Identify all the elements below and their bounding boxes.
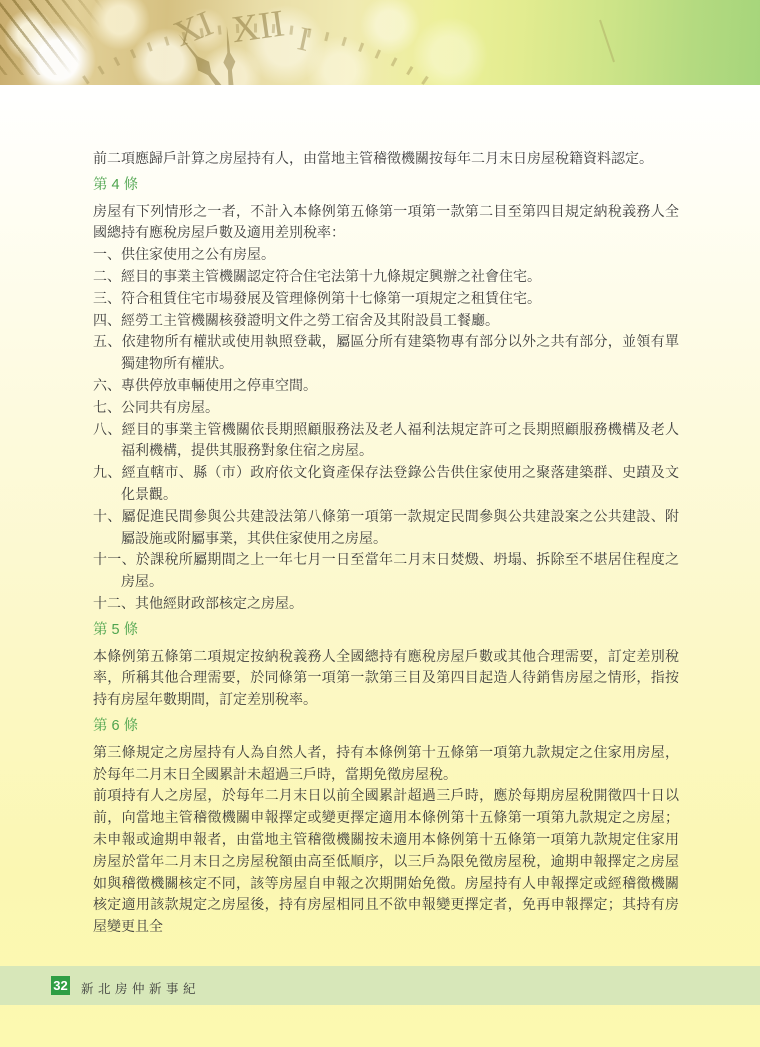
- header-banner: XI XII I: [0, 0, 760, 85]
- article-heading: 第 5 條: [93, 620, 679, 642]
- legal-text-column: 前二項應歸戶計算之房屋持有人，由當地主管稽徵機關按每年二月末日房屋稅籍資料認定。…: [93, 148, 679, 938]
- list-item: 一、供住家使用之公有房屋。: [93, 244, 679, 266]
- paragraph: 本條例第五條第二項規定按納稅義務人全國總持有應稅房屋戶數或其他合理需要，訂定差別…: [93, 646, 679, 711]
- paragraph: 前二項應歸戶計算之房屋持有人，由當地主管稽徵機關按每年二月末日房屋稅籍資料認定。: [93, 148, 679, 170]
- paragraph: 第三條規定之房屋持有人為自然人者，持有本條例第十五條第一項第九款規定之住家用房屋…: [93, 742, 679, 786]
- clock-numeral-xii: XII: [229, 2, 287, 51]
- list-item: 九、經直轄市、縣（市）政府依文化資產保存法登錄公告供住家使用之聚落建築群、史蹟及…: [93, 462, 679, 506]
- list-item: 十二、其他經財政部核定之房屋。: [93, 593, 679, 615]
- footer-band: 32 新北房仲新事紀: [0, 966, 760, 1005]
- list-item: 四、經勞工主管機關核發證明文件之勞工宿舍及其附設員工餐廳。: [93, 310, 679, 332]
- clock-second-hand: [600, 20, 614, 62]
- list-item: 三、符合租賃住宅市場發展及管理條例第十七條第一項規定之租賃住宅。: [93, 288, 679, 310]
- article-heading: 第 6 條: [93, 716, 679, 738]
- list-item: 七、公同共有房屋。: [93, 397, 679, 419]
- list-item: 八、經目的事業主管機關依長期照顧服務法及老人福利法規定許可之長期照顧服務機構及老…: [93, 419, 679, 463]
- clock-numeral-i: I: [294, 20, 313, 59]
- list-item: 二、經目的事業主管機關認定符合住宅法第十九條規定興辦之社會住宅。: [93, 266, 679, 288]
- list-item: 六、專供停放車輛使用之停車空間。: [93, 375, 679, 397]
- article-heading: 第 4 條: [93, 175, 679, 197]
- paragraph: 前項持有人之房屋，於每年二月末日以前全國累計超過三戶時，應於每期房屋稅開徵四十日…: [93, 785, 679, 938]
- clock-decoration: XI XII I: [0, 0, 760, 85]
- list-item: 十一、於課稅所屬期間之上一年七月一日至當年二月末日焚燬、坍塌、拆除至不堪居住程度…: [93, 549, 679, 593]
- book-title: 新北房仲新事紀: [81, 979, 200, 997]
- list-item: 十、屬促進民間參與公共建設法第八條第一項第一款規定民間參與公共建設案之公共建設、…: [93, 506, 679, 550]
- clock-numeral-xi: XI: [168, 3, 218, 54]
- document-page: XI XII I 前二項應歸戶計算之房屋持有人，由當地主管稽徵機關按每年二月末日…: [0, 0, 760, 1047]
- list-item: 五、依建物所有權狀或使用執照登載，屬區分所有建築物專有部分以外之共有部分，並領有…: [93, 331, 679, 375]
- page-number-badge: 32: [51, 976, 70, 995]
- paragraph: 房屋有下列情形之一者，不計入本條例第五條第一項第一款第二目至第四目規定納稅義務人…: [93, 201, 679, 245]
